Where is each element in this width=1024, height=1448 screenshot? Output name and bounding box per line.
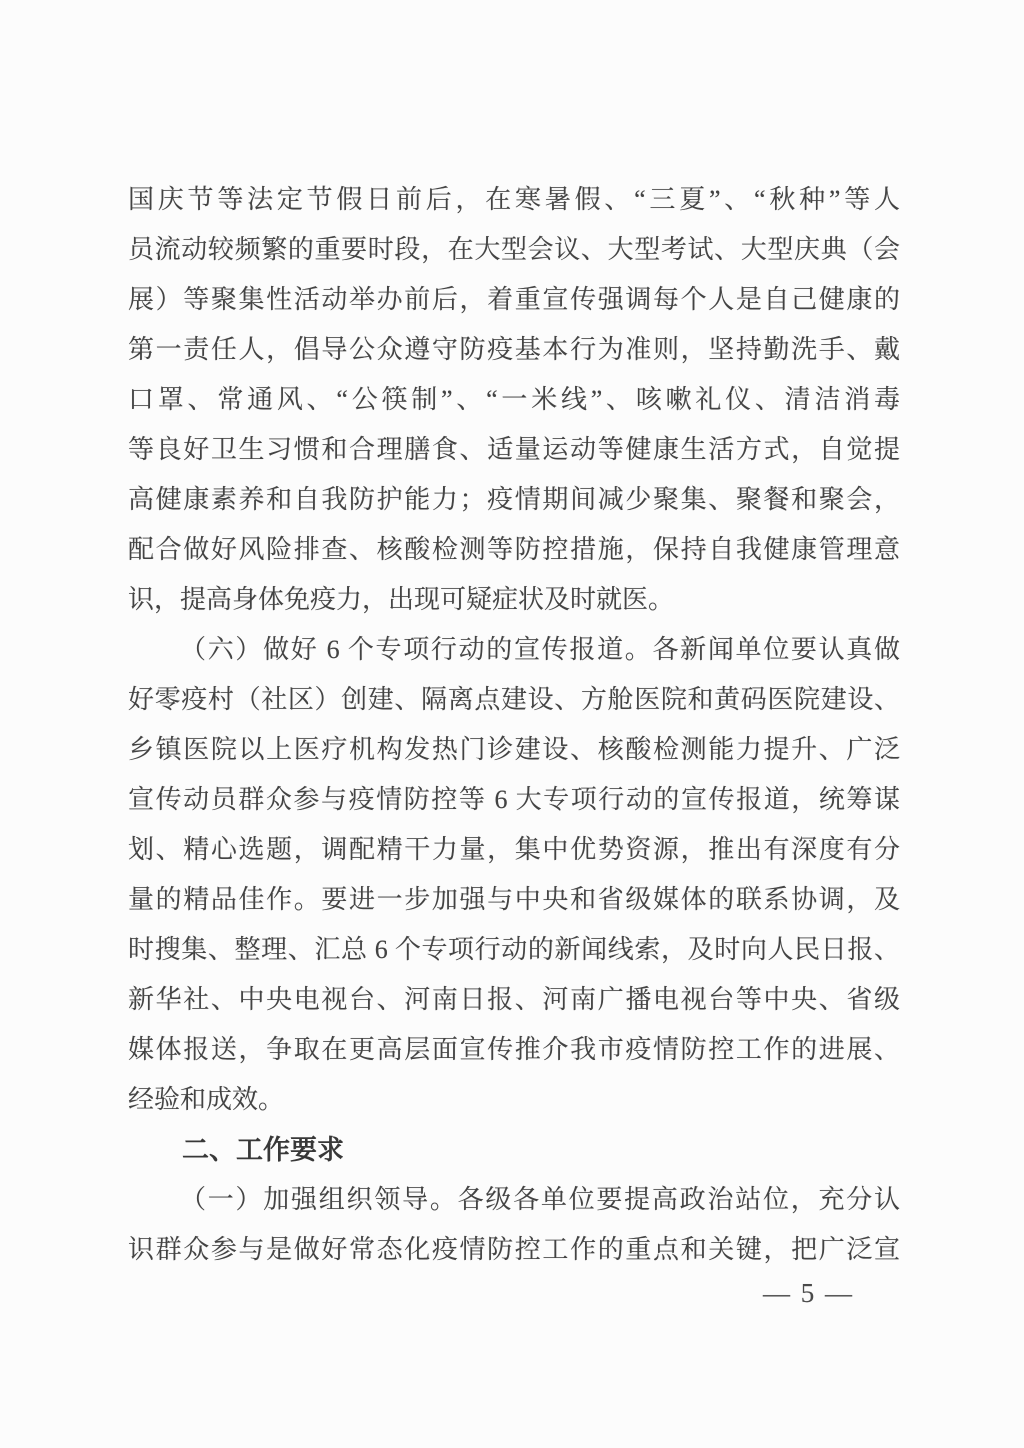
text-line: 高健康素养和自我防护能力；疫情期间减少聚集、聚餐和聚会， bbox=[128, 475, 900, 525]
page-number: — 5 — bbox=[763, 1276, 854, 1310]
text-line: 口罩、常通风、“公筷制”、“一米线”、咳嗽礼仪、清洁消毒 bbox=[128, 375, 900, 425]
text-line: 识，提高身体免疫力，出现可疑症状及时就医。 bbox=[128, 575, 900, 625]
document-page: 国庆节等法定节假日前后，在寒暑假、“三夏”、“秋种”等人员流动较频繁的重要时段，… bbox=[0, 0, 1024, 1448]
text-line: 展）等聚集性活动举办前后，着重宣传强调每个人是自己健康的 bbox=[128, 275, 900, 325]
text-line: 配合做好风险排查、核酸检测等防控措施，保持自我健康管理意 bbox=[128, 525, 900, 575]
text-line: 经验和成效。 bbox=[128, 1075, 900, 1125]
text-line: 等良好卫生习惯和合理膳食、适量运动等健康生活方式，自觉提 bbox=[128, 425, 900, 475]
text-line: 好零疫村（社区）创建、隔离点建设、方舱医院和黄码医院建设、 bbox=[128, 675, 900, 725]
text-line: 媒体报送，争取在更高层面宣传推介我市疫情防控工作的进展、 bbox=[128, 1025, 900, 1075]
text-line: 第一责任人，倡导公众遵守防疫基本行为准则，坚持勤洗手、戴 bbox=[128, 325, 900, 375]
text-line: 时搜集、整理、汇总 6 个专项行动的新闻线索，及时向人民日报、 bbox=[128, 925, 900, 975]
text-line: 宣传动员群众参与疫情防控等 6 大专项行动的宣传报道，统筹谋 bbox=[128, 775, 900, 825]
section-heading: 二、工作要求 bbox=[128, 1125, 900, 1175]
text-line: 量的精品佳作。要进一步加强与中央和省级媒体的联系协调，及 bbox=[128, 875, 900, 925]
text-line: 新华社、中央电视台、河南日报、河南广播电视台等中央、省级 bbox=[128, 975, 900, 1025]
text-line: （六）做好 6 个专项行动的宣传报道。各新闻单位要认真做 bbox=[128, 625, 900, 675]
text-line: （一）加强组织领导。各级各单位要提高政治站位，充分认 bbox=[128, 1175, 900, 1225]
text-line: 员流动较频繁的重要时段，在大型会议、大型考试、大型庆典（会 bbox=[128, 225, 900, 275]
document-body: 国庆节等法定节假日前后，在寒暑假、“三夏”、“秋种”等人员流动较频繁的重要时段，… bbox=[128, 175, 900, 1275]
text-line: 识群众参与是做好常态化疫情防控工作的重点和关键，把广泛宣 bbox=[128, 1225, 900, 1275]
text-line: 国庆节等法定节假日前后，在寒暑假、“三夏”、“秋种”等人 bbox=[128, 175, 900, 225]
text-line: 划、精心选题，调配精干力量，集中优势资源，推出有深度有分 bbox=[128, 825, 900, 875]
text-line: 乡镇医院以上医疗机构发热门诊建设、核酸检测能力提升、广泛 bbox=[128, 725, 900, 775]
